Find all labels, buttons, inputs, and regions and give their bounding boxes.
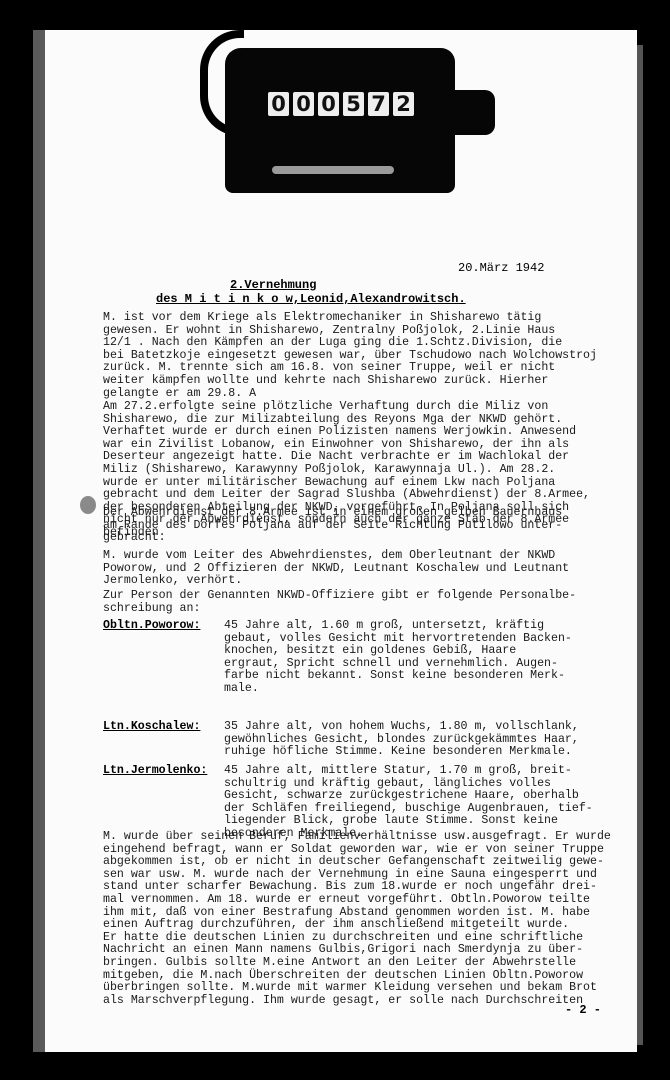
text-line: Nachricht an einen Mann namens Gulbis,Gr… [103,943,583,956]
text-line: mal vernommen. Am 18. wurde er erneut vo… [103,893,590,906]
text-line: ruhige höfliche Stimme. Keine besonderen… [224,745,572,758]
text-line: Shisharewo, die zur Milizabteilung des R… [103,413,562,426]
text-line: Am 27.2.erfolgte seine plötzliche Verhaf… [103,400,548,413]
text-line: male. [224,682,259,695]
text-line: 12/1 . Nach den Kämpfen an der Luga ging… [103,336,562,349]
text-line: 45 Jahre alt, 1.60 m groß, untersetzt, k… [224,619,544,632]
document-subject: des M i t i n k o w,Leonid,Alexandrowits… [156,292,466,306]
counter-knob [455,90,495,135]
text-line: war ein Zivilist Lobanow, ein Einwohner … [103,438,569,451]
text-line: 35 Jahre alt, von hohem Wuchs, 1.80 m, v… [224,720,579,733]
text-line: zurück. M. trennte sich am 16.8. von sei… [103,361,555,374]
text-line: überbringen sollte. M.wurde mit warmer K… [103,981,597,994]
text-line: Jermolenko, verhört. [103,574,242,587]
counter-slot [272,166,394,174]
text-line: schultrig und kräftig gebaut, längliches… [224,777,551,790]
text-line: M. wurde über seinen Beruf, Familienverh… [103,830,611,843]
page-edge-right [637,45,643,1045]
text-line: stand unter scharfer Bewachung. Bis zum … [103,880,597,893]
text-line: weiter kämpfen wollte und kehrte nach Sh… [103,374,548,387]
text-line: bringen. Gulbis sollte M.eine Antwort an… [103,956,576,969]
text-line: Poworow, und 2 Offizieren der NKWD, Leut… [103,562,569,575]
hole-punch [80,496,96,514]
text-line: eingehend befragt, wann er Soldat geword… [103,843,604,856]
page-number: - 2 - [565,1003,601,1017]
text-line: M. wurde vom Leiter des Abwehrdienstes, … [103,549,555,562]
counter-digit: 7 [368,92,389,116]
text-line: farbe nicht bekannt. Sonst keine besonde… [224,669,565,682]
text-line: abgekommen ist, ob er nicht in deutscher… [103,855,604,868]
text-line: Der Abwehrdienst der 8.Armee ist in eine… [103,506,562,519]
text-line: Er hatte die deutschen Linien zu durchsc… [103,931,583,944]
text-line: am Rande des Dorfes Poljana auf der Seit… [103,519,562,532]
text-line: ergraut, Spricht schnell und vernehmlich… [224,657,558,670]
text-line: schreibung an: [103,602,200,615]
text-line: gewesen. Er wohnt in Shisharewo, Zentral… [103,324,555,337]
text-line: Miliz (Shisharewo, Karawynny Poßjolok, K… [103,463,555,476]
page-edge-left [33,30,45,1052]
officer-label: Obltn.Poworow: [103,619,200,632]
officer-label: Ltn.Jermolenko: [103,764,207,777]
text-line: einen Auftrag durchzuführen, der ihm ans… [103,918,569,931]
counter-digit: 0 [293,92,314,116]
text-line: sen war usw. M. wurde nach der Vernehmun… [103,868,597,881]
officer-label: Ltn.Koschalew: [103,720,200,733]
text-line: wurde er unter militärischer Bewachung a… [103,476,555,489]
text-line: Verhaftet wurde er durch einen Poliziste… [103,425,576,438]
text-line: der Schläfen freiliegend, buschige Augen… [224,802,593,815]
text-line: als Marschverpflegung. Ihm wurde gesagt,… [103,994,583,1007]
text-line: M. ist vor dem Kriege als Elektromechani… [103,311,541,324]
document-date: 20.März 1942 [458,261,544,275]
document-title: 2.Vernehmung [230,278,316,292]
text-line: mitgeben, die M.nach Überschreiten der d… [103,969,583,982]
text-line: gelangte er am 29.8. A [103,387,256,400]
text-line: bei Batetzkoje eingesetzt gewesen war, ü… [103,349,597,362]
counter-digit: 2 [393,92,414,116]
text-line: liegender Blick, grobe laute Stimme. Son… [224,814,558,827]
text-line: Deserteur angezeigt hatte. Die Nacht ver… [103,450,569,463]
counter-digit: 0 [268,92,289,116]
text-line: gebracht und dem Leiter der Sagrad Slush… [103,488,590,501]
text-line: ihm mit, daß von einer Bestrafung Abstan… [103,906,590,919]
text-line: gewöhnliches Gesicht, blondes zurückgekä… [224,733,579,746]
text-line: gebracht. [103,531,166,544]
text-line: knochen, besitzt ein goldenes Gebiß, Haa… [224,644,516,657]
text-line: gebaut, volles Gesicht mit hervortretend… [224,632,572,645]
text-line: Gesicht, schwarze zurückgestrichene Haar… [224,789,579,802]
counter-digit: 0 [318,92,339,116]
counter-digit: 5 [343,92,364,116]
frame-counter-digits: 0 0 0 5 7 2 [268,92,414,116]
text-line: Zur Person der Genannten NKWD-Offiziere … [103,589,576,602]
text-line: 45 Jahre alt, mittlere Statur, 1.70 m gr… [224,764,572,777]
